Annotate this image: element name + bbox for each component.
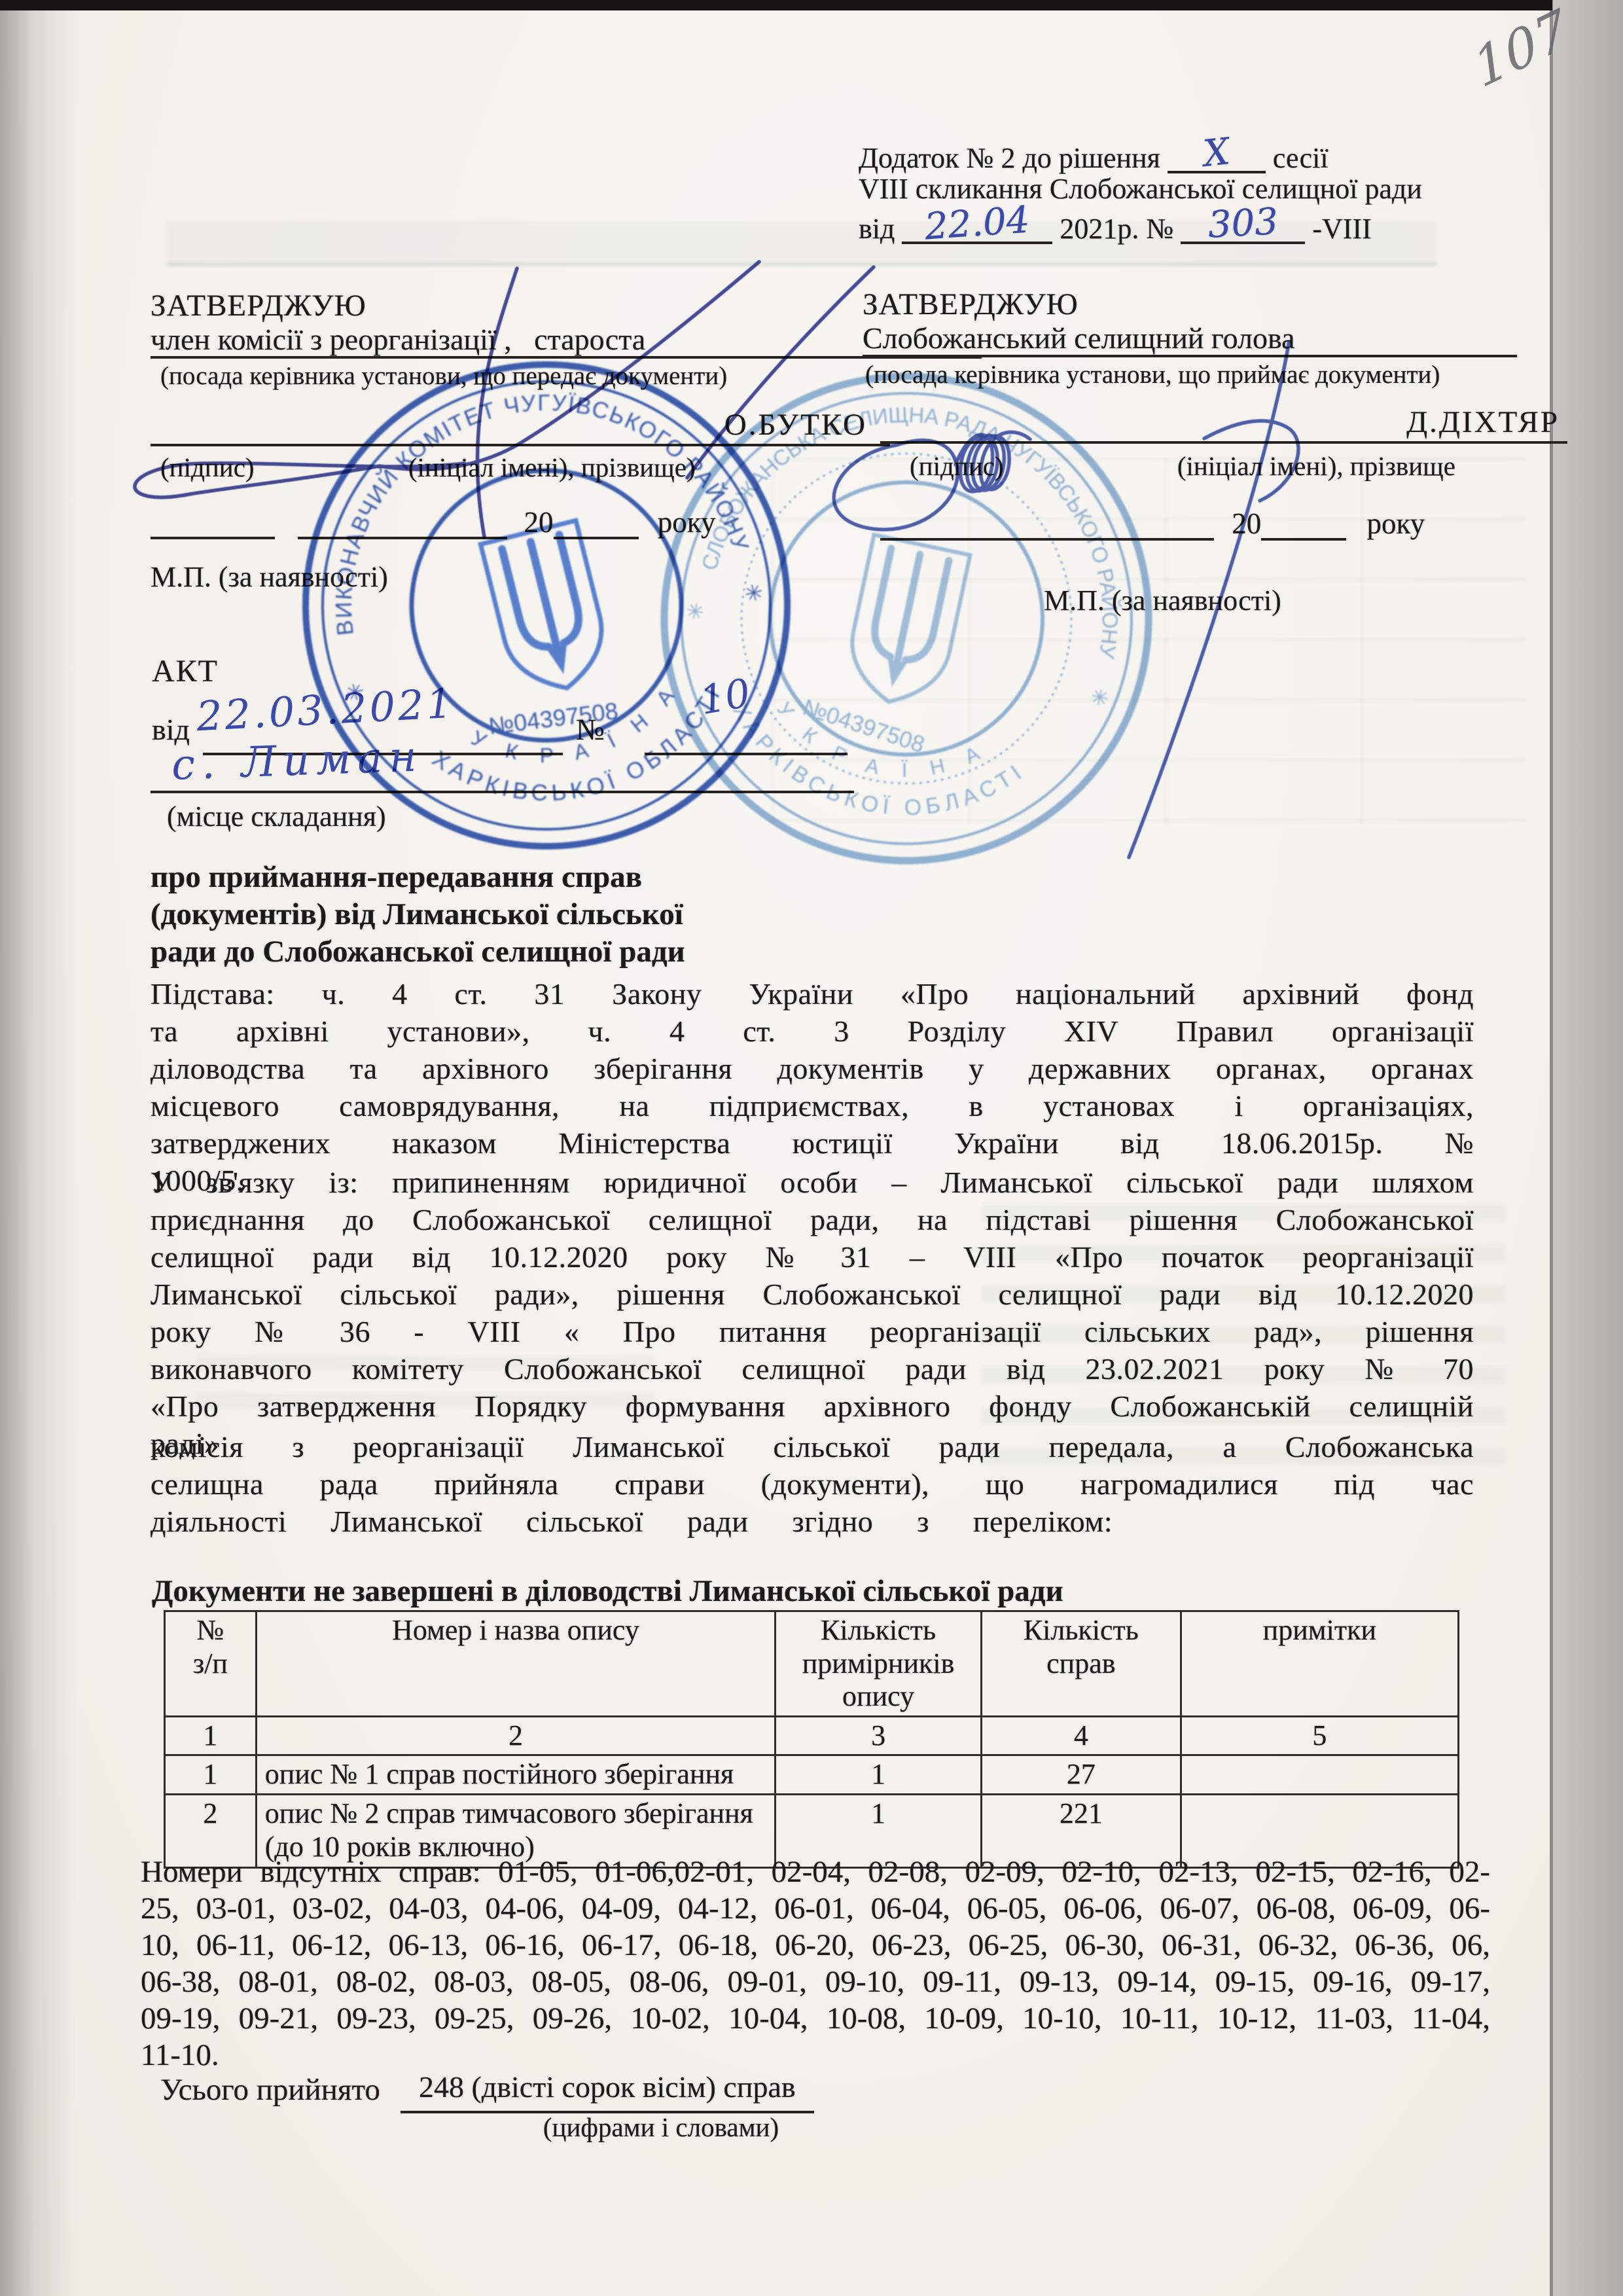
appendix-line-1: Додаток № 2 до рішення Х сесії xyxy=(859,137,1422,173)
col-header-notes: примітки xyxy=(1181,1611,1458,1717)
col-header-num: № з/п xyxy=(165,1611,257,1717)
documents-table: № з/п Номер і назва опису Кількість прим… xyxy=(164,1610,1459,1869)
row1-count: 27 xyxy=(981,1755,1181,1795)
colnum-3: 3 xyxy=(776,1716,982,1755)
appendix-line1-text: Додаток № 2 до рішення xyxy=(859,142,1160,174)
appendix-line-3: від 22.04 2021р. № 303 -VIII xyxy=(859,208,1422,244)
appendix-line1-suffix: сесії xyxy=(1273,142,1329,174)
session-number-slot: Х xyxy=(1168,137,1266,173)
paragraph-connection: У зв'язку із: припиненням юридичної особ… xyxy=(151,1164,1474,1462)
decision-date-handwritten: 22.04 xyxy=(924,204,1031,242)
table-colnum-row: 1 2 3 4 5 xyxy=(165,1716,1459,1755)
appendix-line-2: VIII скликання Слобожанської селищної ра… xyxy=(859,173,1422,204)
scan-edge-top xyxy=(0,0,1552,10)
seal-number: №04397508 xyxy=(487,697,619,740)
table-row: 1 опис № 1 справ постійного зберігання 1… xyxy=(165,1755,1459,1795)
row1-name: опис № 1 справ постійного зберігання xyxy=(256,1755,775,1795)
scanned-document-page: 107 Додаток № 2 до рішення Х сесії VIII … xyxy=(0,0,1623,2296)
colnum-2: 2 xyxy=(256,1716,775,1755)
colnum-1: 1 xyxy=(165,1716,257,1755)
scan-edge-right xyxy=(1550,0,1623,2296)
appendix-convocation: -VIII xyxy=(1312,213,1371,245)
appendix-header: Додаток № 2 до рішення Х сесії VIII скли… xyxy=(859,137,1422,244)
table-header-row: № з/п Номер і назва опису Кількість прим… xyxy=(165,1611,1459,1717)
total-value: 248 (двісті сорок вісім) справ xyxy=(401,2070,814,2113)
seal-star-icon: ✳ xyxy=(684,598,707,625)
row1-copies: 1 xyxy=(776,1755,982,1795)
col-header-copies: Кількість примірників опису xyxy=(776,1611,982,1717)
decision-number-slot: 303 xyxy=(1181,208,1305,244)
row1-note xyxy=(1181,1755,1458,1795)
decision-number-handwritten: 303 xyxy=(1207,206,1279,241)
session-number-handwritten: Х xyxy=(1202,136,1232,170)
table-caption: Документи не завершені в діловодстві Лим… xyxy=(152,1573,1063,1609)
seal-star-icon: ✳ xyxy=(343,679,367,708)
act-title: АКТ xyxy=(152,653,219,689)
colnum-4: 4 xyxy=(981,1716,1181,1755)
total-label: Усього прийнято xyxy=(160,2072,380,2108)
row1-num: 1 xyxy=(165,1755,257,1795)
total-note: (цифрами і словами) xyxy=(419,2111,903,2143)
subject-line-2: (документів) від Лиманської сільської xyxy=(151,896,685,933)
scan-edge-left xyxy=(0,0,77,2296)
subject-line-3: ради до Слобожанської селищної ради xyxy=(151,933,685,971)
missing-files-list: Номери відсутніх справ: 01-05, 01-06,02-… xyxy=(141,1854,1490,2073)
signature-right xyxy=(746,340,1466,877)
colnum-5: 5 xyxy=(1181,1716,1458,1755)
col-header-name: Номер і назва опису xyxy=(256,1611,775,1717)
appendix-date-label: від xyxy=(859,213,895,245)
decision-date-slot: 22.04 xyxy=(902,208,1052,244)
appendix-number-label: 2021р. № xyxy=(1060,213,1173,245)
paragraph-transfer: комісія з реорганізації Лиманської сільс… xyxy=(151,1428,1474,1540)
col-header-count: Кількість справ xyxy=(981,1611,1181,1717)
